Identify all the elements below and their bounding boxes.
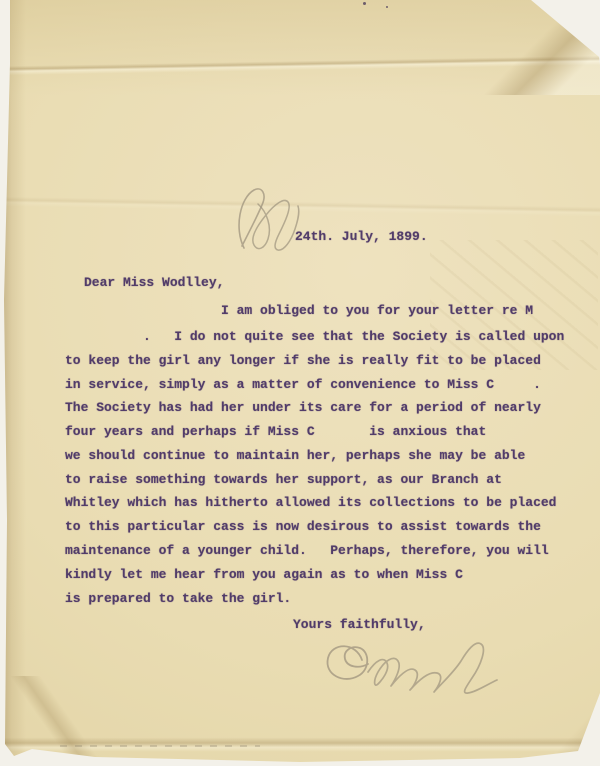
ink-speck: [386, 6, 388, 8]
pencil-signature-scrawl: [318, 630, 530, 718]
letter-body-line: . I do not quite see that the Society is…: [65, 329, 564, 344]
letter-body-line: Whitley which has hitherto allowed its c…: [65, 495, 556, 510]
ink-speck: [552, 11, 555, 14]
ink-speck: [363, 2, 366, 5]
letter-salutation: Dear Miss Wodlley,: [84, 275, 224, 290]
pencil-dash-marks: [60, 745, 260, 747]
paper-fold-middle: [0, 194, 600, 216]
paper-crease-bottom-left: [0, 676, 110, 766]
letter-body-line: kindly let me hear from you again as to …: [65, 567, 463, 582]
letter-closing: Yours faithfully,: [293, 617, 426, 632]
letter-body-line: to this particular cass is now desirous …: [65, 519, 541, 534]
paper-fold-top-right-corner: [470, 0, 600, 95]
pencil-note-scrawl: [230, 182, 322, 260]
letter-body-line: in service, simply as a matter of conven…: [65, 377, 541, 392]
letter-paper: 24th. July, 1899. Dear Miss Wodlley, I a…: [0, 0, 600, 766]
letter-body-line: maintenance of a younger child. Perhaps,…: [65, 543, 549, 558]
paper-fold-bottom-right-corner: [520, 660, 600, 760]
paper-fold-bottom: [0, 732, 600, 754]
letter-date: 24th. July, 1899.: [295, 229, 428, 244]
letter-body-line: four years and perhaps if Miss C is anxi…: [65, 424, 486, 439]
letter-body-line: I am obliged to you for your letter re M: [65, 303, 533, 318]
letter-body-line: to raise something towards her support, …: [65, 472, 502, 487]
letter-body-line: is prepared to take the girl.: [65, 591, 291, 606]
paper-edge-left: [0, 0, 26, 766]
scanned-letter-page: 24th. July, 1899. Dear Miss Wodlley, I a…: [0, 0, 600, 766]
letter-body-line: to keep the girl any longer if she is re…: [65, 353, 541, 368]
paper-fold-top: [0, 50, 600, 78]
letter-body-line: we should continue to maintain her, perh…: [65, 448, 525, 463]
letter-body-line: The Society has had her under its care f…: [65, 400, 541, 415]
